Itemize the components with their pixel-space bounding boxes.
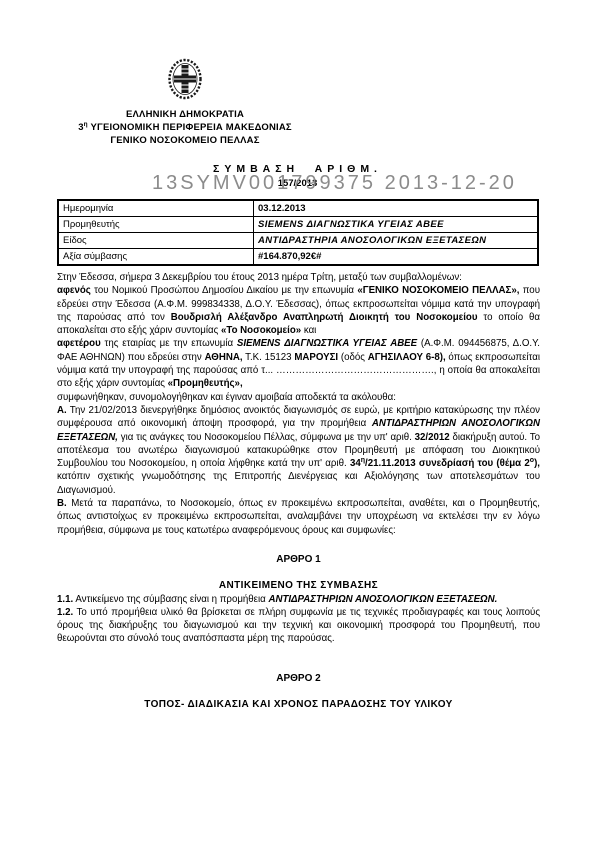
region-name: ΥΓΕΙΟΝΟΜΙΚΗ ΠΕΡΙΦΕΡΕΙΑ ΜΑΚΕΔΟΝΙΑΣ xyxy=(88,122,292,133)
row-value: SIEMENS ΔΙΑΓΝΩΣΤΙΚΑ ΥΓΕΙΑΣ ΑΒΕΕ xyxy=(254,217,539,233)
article1-subheading: ΑΝΤΙΚΕΙΜΕΝΟ ΤΗΣ ΣΥΜΒΑΣΗΣ xyxy=(57,579,540,592)
table-row-value: Αξία σύμβασης #164.870,92€# xyxy=(58,249,538,266)
header-republic-text: ΕΛΛΗΝΙΚΗ ΔΗΜΟΚΡΑΤΙΑ xyxy=(126,109,244,120)
article2-subheading: ΤΟΠΟΣ- ΔΙΑΔΙΚΑΣΙΑ ΚΑΙ ΧΡΟΝΟΣ ΠΑΡΑΔΟΣΗΣ Τ… xyxy=(57,698,540,711)
table-row-item: Είδος ΑΝΤΙΔΡΑΣΤΗΡΙΑ ΑΝΟΣΟΛΟΓΙΚΩΝ ΕΞΕΤΑΣΕ… xyxy=(58,233,538,249)
paragraph-section-a: Α. Την 21/02/2013 διενεργήθηκε δημόσιος … xyxy=(57,404,540,497)
paragraph-1-1: 1.1. Αντικείμενο της σύμβασης είναι η πρ… xyxy=(57,593,540,606)
row-value: 03.12.2013 xyxy=(254,200,539,217)
contract-document-page: ΕΛΛΗΝΙΚΗ ΔΗΜΟΚΡΑΤΙΑ 3η ΥΓΕΙΟΝΟΜΙΚΗ ΠΕΡΙΦ… xyxy=(0,0,595,842)
article1-heading: ΑΡΘΡΟ 1 xyxy=(57,553,540,566)
document-header: ΕΛΛΗΝΙΚΗ ΔΗΜΟΚΡΑΤΙΑ 3η ΥΓΕΙΟΝΟΜΙΚΗ ΠΕΡΙΦ… xyxy=(20,56,350,147)
header-line-region: 3η ΥΓΕΙΟΝΟΜΙΚΗ ΠΕΡΙΦΕΡΕΙΑ ΜΑΚΕΔΟΝΙΑΣ xyxy=(20,121,350,134)
row-value: #164.870,92€# xyxy=(254,249,539,266)
greek-coat-of-arms-icon xyxy=(166,56,204,102)
paragraph-intro: Στην Έδεσσα, σήμερα 3 Δεκεμβρίου του έτο… xyxy=(57,271,540,284)
row-label: Προμηθευτής xyxy=(58,217,254,233)
header-line-hospital: ΓΕΝΙΚΟ ΝΟΣΟΚΟΜΕΙΟ ΠΕΛΛΑΣ xyxy=(20,134,350,147)
row-label: Αξία σύμβασης xyxy=(58,249,254,266)
contract-number: 157/2013 xyxy=(0,178,595,189)
contract-info-table: Ημερομηνία 03.12.2013 Προμηθευτής SIEMEN… xyxy=(57,199,539,266)
header-line-republic: ΕΛΛΗΝΙΚΗ ΔΗΜΟΚΡΑΤΙΑ xyxy=(20,108,350,121)
contract-body: Στην Έδεσσα, σήμερα 3 Δεκεμβρίου του έτο… xyxy=(57,271,540,711)
paragraph-party-supplier: αφετέρου της εταιρίας με την επωνυμία SI… xyxy=(57,337,540,390)
paragraph-section-b: Β. Μετά τα παραπάνω, το Νοσοκομείο, όπως… xyxy=(57,497,540,537)
hospital-name: ΓΕΝΙΚΟ ΝΟΣΟΚΟΜΕΙΟ ΠΕΛΛΑΣ xyxy=(110,135,259,146)
article2-heading: ΑΡΘΡΟ 2 xyxy=(57,672,540,685)
row-value: ΑΝΤΙΔΡΑΣΤΗΡΙΑ ΑΝΟΣΟΛΟΓΙΚΩΝ ΕΞΕΤΑΣΕΩΝ xyxy=(254,233,539,249)
paragraph-party-hospital: αφενός του Νομικού Προσώπου Δημοσίου Δικ… xyxy=(57,284,540,337)
contract-title: ΣΥΜΒΑΣΗ ΑΡΙΘΜ. xyxy=(0,163,595,175)
table-row-date: Ημερομηνία 03.12.2013 xyxy=(58,200,538,217)
paragraph-1-2: 1.2. Το υπό προμήθεια υλικό θα βρίσκεται… xyxy=(57,606,540,646)
row-label: Είδος xyxy=(58,233,254,249)
table-row-supplier: Προμηθευτής SIEMENS ΔΙΑΓΝΩΣΤΙΚΑ ΥΓΕΙΑΣ Α… xyxy=(58,217,538,233)
row-label: Ημερομηνία xyxy=(58,200,254,217)
contract-title-block: ΣΥΜΒΑΣΗ ΑΡΙΘΜ. 157/2013 xyxy=(0,163,595,189)
paragraph-agreement: συμφωνήθηκαν, συνομολογήθηκαν και έγιναν… xyxy=(57,391,540,404)
